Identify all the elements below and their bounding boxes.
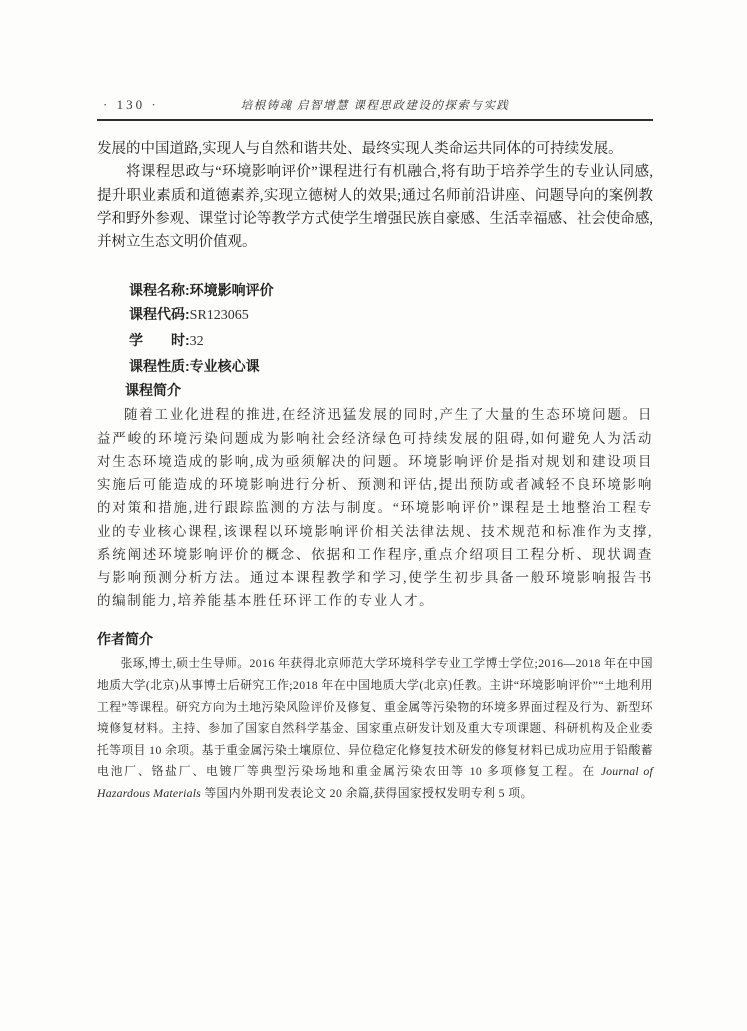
- field-course-type-value: 专业核心课: [190, 358, 260, 374]
- running-title: 培根铸魂 启智增慧 课程思政建设的探索与实践: [97, 97, 653, 113]
- field-course-type-label: 课程性质:: [129, 358, 190, 374]
- field-course-hours-label: 学 时:: [129, 332, 190, 348]
- page-header: · 130 · 培根铸魂 启智增慧 课程思政建设的探索与实践: [97, 97, 653, 121]
- author-bio-part2: 等国内外期刊发表论文 20 余篇,获得国家授权发明专利 5 项。: [201, 786, 533, 800]
- field-course-name-label: 课程名称:: [129, 282, 190, 298]
- author-bio-heading: 作者简介: [97, 627, 653, 651]
- field-course-code-label: 课程代码:: [129, 306, 190, 322]
- field-course-code: 课程代码:SR123065: [129, 302, 653, 328]
- field-course-hours: 学 时:32: [129, 328, 653, 354]
- page-number: · 130 ·: [103, 97, 159, 113]
- course-info-block: 课程名称:环境影响评价 课程代码:SR123065 学 时:32 课程性质:专业…: [129, 278, 653, 378]
- document-page: · 130 · 培根铸魂 启智增慧 课程思政建设的探索与实践 发展的中国道路,实…: [0, 0, 747, 1031]
- course-intro-heading: 课程简介: [125, 378, 653, 402]
- author-bio-text: 张琢,博士,硕士生导师。2016 年获得北京师范大学环境科学专业工学博士学位;2…: [97, 653, 653, 804]
- course-intro-text: 随着工业化进程的推进,在经济迅猛发展的同时,产生了大量的生态环境问题。日益严峻的…: [97, 403, 653, 612]
- field-course-code-value: SR123065: [190, 308, 249, 323]
- paragraph-continuation: 发展的中国道路,实现人与自然和谐共处、最终实现人类命运共同体的可持续发展。: [97, 138, 653, 161]
- field-course-name-value: 环境影响评价: [190, 282, 274, 298]
- field-course-name: 课程名称:环境影响评价: [129, 278, 653, 302]
- field-course-type: 课程性质:专业核心课: [129, 354, 653, 378]
- field-course-hours-value: 32: [190, 334, 204, 349]
- page-content: · 130 · 培根铸魂 启智增慧 课程思政建设的探索与实践 发展的中国道路,实…: [97, 97, 653, 804]
- paragraph-course-integration: 将课程思政与“环境影响评价”课程进行有机融合,将有助于培养学生的专业认同感,提升…: [97, 161, 653, 254]
- author-bio-part1: 张琢,博士,硕士生导师。2016 年获得北京师范大学环境科学专业工学博士学位;2…: [97, 656, 653, 778]
